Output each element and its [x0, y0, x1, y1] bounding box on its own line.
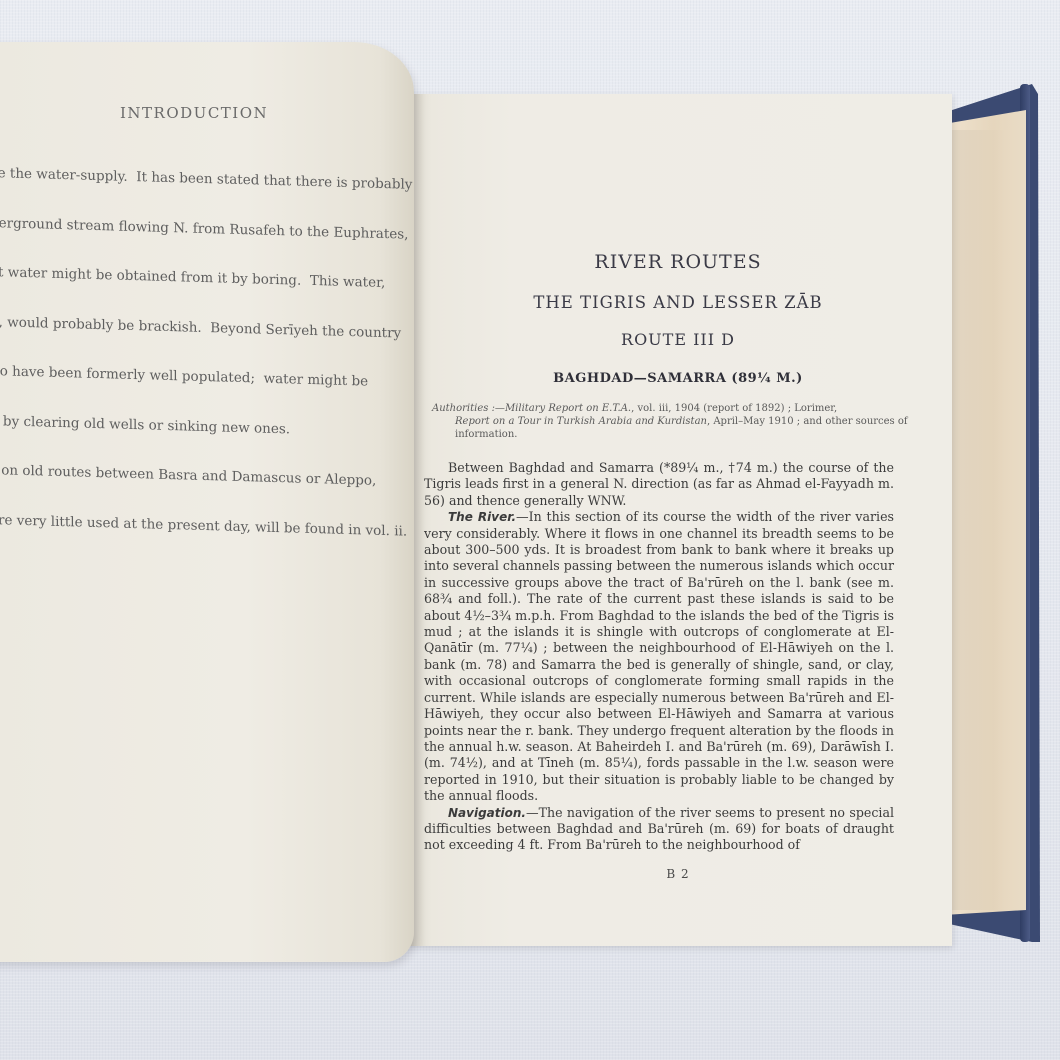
text-line: d, would probably be brackish. Beyond Se…	[0, 314, 414, 343]
right-page: RIVER ROUTES THE TIGRIS AND LESSER ZĀB R…	[404, 94, 952, 946]
text-line: at water might be obtained from it by bo…	[0, 264, 414, 293]
paragraph-heading: The River.	[448, 510, 516, 524]
authorities-label: Authorities :—	[432, 403, 505, 414]
paragraph-heading: Navigation.	[448, 806, 526, 820]
text-line: d by clearing old wells or sinking new o…	[0, 413, 414, 442]
text-line: are very little used at the present day,…	[0, 512, 414, 541]
page-signature: B 2	[404, 867, 952, 881]
text-line: s on old routes between Basra and Damasc…	[0, 462, 414, 491]
route-heading: ROUTE III D	[404, 330, 952, 349]
paragraph-intro: Between Baghdad and Samarra (*89¼ m., †7…	[424, 460, 894, 509]
text-line: ve the water-supply. It has been stated …	[0, 165, 414, 194]
section-subtitle: THE TIGRIS AND LESSER ZĀB	[404, 293, 952, 312]
authorities-continuation: Report on a Tour in Turkish Arabia and K…	[432, 415, 918, 441]
route-name: BAGHDAD—SAMARRA (89¼ M.)	[404, 371, 952, 386]
authority-source-1-details: , vol. iii, 1904 (report of 1892) ; Lori…	[631, 403, 837, 414]
section-title: RIVER ROUTES	[404, 251, 952, 273]
left-page-text: ve the water-supply. It has been stated …	[0, 132, 414, 573]
running-head: INTRODUCTION	[120, 104, 268, 122]
authority-source-2-title: Report on a Tour in Turkish Arabia and K…	[455, 416, 707, 427]
paragraph-text: Between Baghdad and Samarra (*89¼ m., †7…	[424, 460, 894, 508]
authority-source-1-title: Military Report on E.T.A.	[505, 403, 631, 414]
body-text: Between Baghdad and Samarra (*89¼ m., †7…	[424, 460, 894, 854]
left-page: INTRODUCTION ve the water-supply. It has…	[0, 42, 414, 962]
text-line: derground stream flowing N. from Rusafeh…	[0, 215, 414, 244]
endpaper-shadow	[946, 130, 1006, 910]
paragraph-text: —In this section of its course the width…	[424, 509, 894, 803]
text-line: to have been formerly well populated; wa…	[0, 363, 414, 392]
paragraph-navigation: Navigation.—The navigation of the river …	[424, 805, 894, 854]
paragraph-the-river: The River.—In this section of its course…	[424, 509, 894, 804]
authorities-note: Authorities :—Military Report on E.T.A.,…	[432, 402, 918, 441]
